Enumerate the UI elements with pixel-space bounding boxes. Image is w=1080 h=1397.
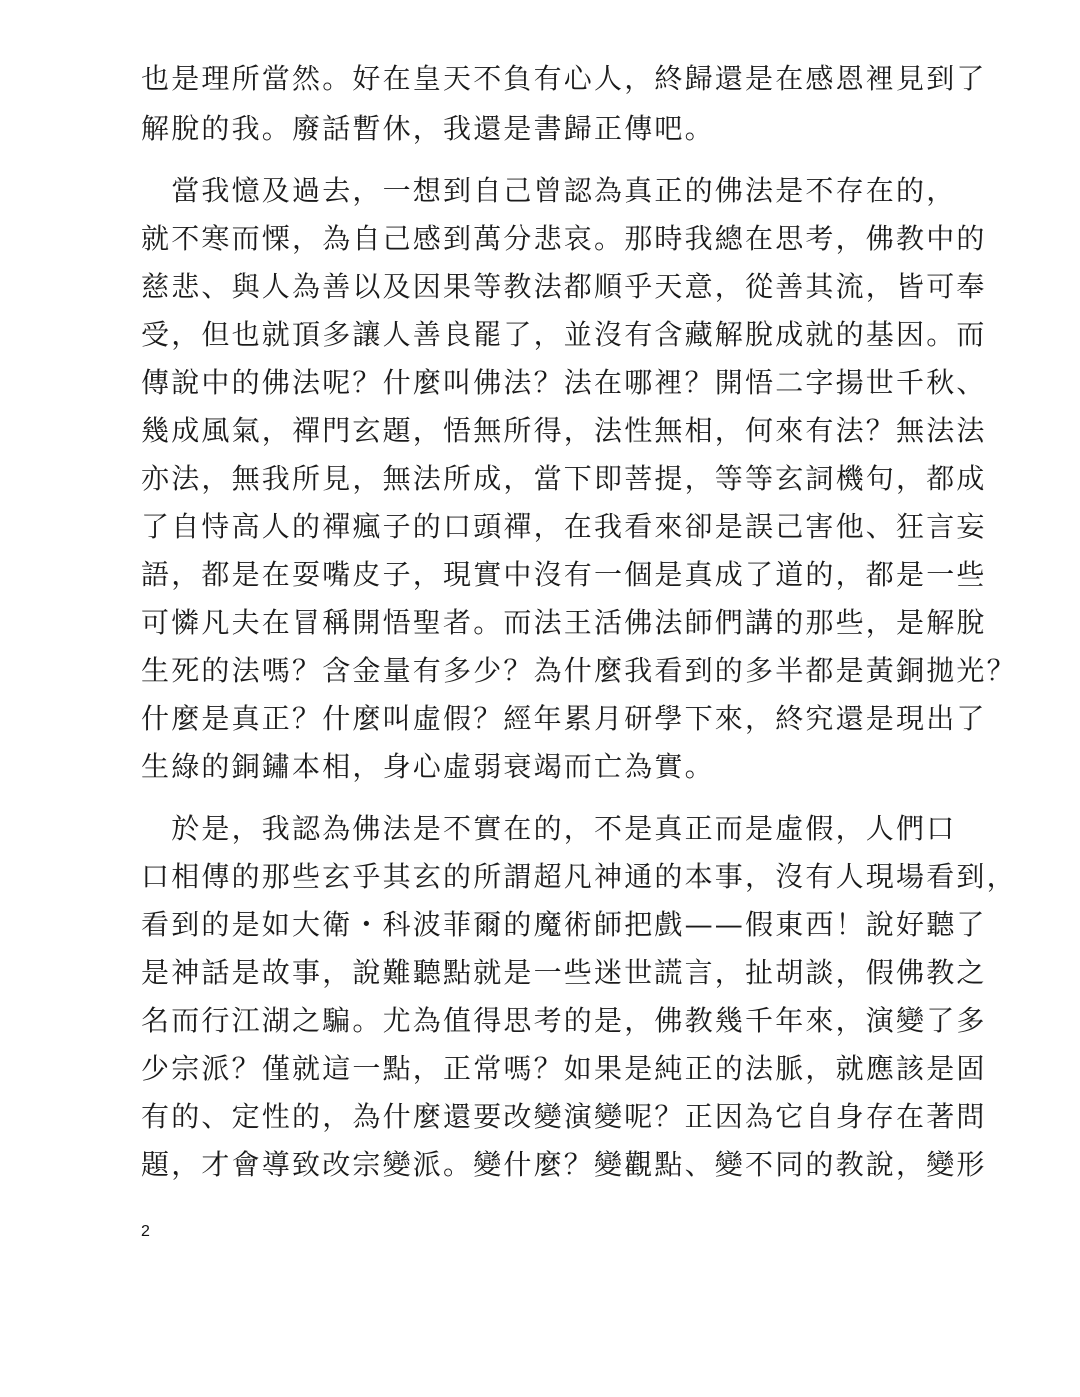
text-line: 看到的是如大衛・科波菲爾的魔術師把戲——假東西！說好聽了 [141, 901, 987, 949]
text-line: 慈悲、與人為善以及因果等教法都順乎天意，從善其流，皆可奉 [141, 263, 987, 311]
text-line: 少宗派？僅就這一點，正常嗎？如果是純正的法脈，就應該是固 [141, 1045, 987, 1093]
text-line: 是神話是故事，說難聽點就是一些迷世謊言，扯胡談，假佛教之 [141, 949, 987, 997]
text-line: 什麼是真正？什麼叫虛假？經年累月研學下來，終究還是現出了 [141, 695, 987, 743]
text-line: 傳說中的佛法呢？什麼叫佛法？法在哪裡？開悟二字揚世千秋、 [141, 359, 987, 407]
text-line: 當我憶及過去，一想到自己曾認為真正的佛法是不存在的， [141, 167, 956, 215]
text-line: 於是，我認為佛法是不實在的，不是真正而是虛假，人們口 [141, 805, 956, 853]
text-line: 名而行江湖之騙。尤為值得思考的是，佛教幾千年來，演變了多 [141, 997, 987, 1045]
text-line: 有的、定性的，為什麼還要改變演變呢？正因為它自身存在著問 [141, 1093, 987, 1141]
text-line: 也是理所當然。好在皇天不負有心人，終歸還是在感恩裡見到了 [141, 55, 987, 103]
text-line: 幾成風氣，禪門玄題，悟無所得，法性無相，何來有法？無法法 [141, 407, 987, 455]
text-line: 就不寒而慄，為自己感到萬分悲哀。那時我總在思考，佛教中的 [141, 215, 987, 263]
page-number: 2 [141, 1223, 150, 1241]
text-line: 題，才會導致改宗變派。變什麼？變觀點、變不同的教說，變形 [141, 1141, 987, 1189]
text-line: 了自恃高人的禪瘋子的口頭禪，在我看來卻是誤己害他、狂言妄 [141, 503, 987, 551]
text-line: 口相傳的那些玄乎其玄的所謂超凡神通的本事，沒有人現場看到， [141, 853, 1017, 901]
document-page: 也是理所當然。好在皇天不負有心人，終歸還是在感恩裡見到了 解脫的我。廢話暫休，我… [0, 0, 1080, 1397]
text-line: 生綠的銅鏽本相，身心虛弱衰竭而亡為實。 [141, 743, 715, 791]
text-line: 亦法，無我所見，無法所成，當下即菩提，等等玄詞機句，都成 [141, 455, 987, 503]
text-line: 解脫的我。廢話暫休，我還是書歸正傳吧。 [141, 105, 715, 153]
text-line: 語，都是在耍嘴皮子，現實中沒有一個是真成了道的，都是一些 [141, 551, 987, 599]
text-line: 可憐凡夫在冒稱開悟聖者。而法王活佛法師們講的那些，是解脫 [141, 599, 987, 647]
text-line: 生死的法嗎？含金量有多少？為什麼我看到的多半都是黃銅拋光？ [141, 647, 1017, 695]
text-line: 受，但也就頂多讓人善良罷了，並沒有含藏解脫成就的基因。而 [141, 311, 987, 359]
